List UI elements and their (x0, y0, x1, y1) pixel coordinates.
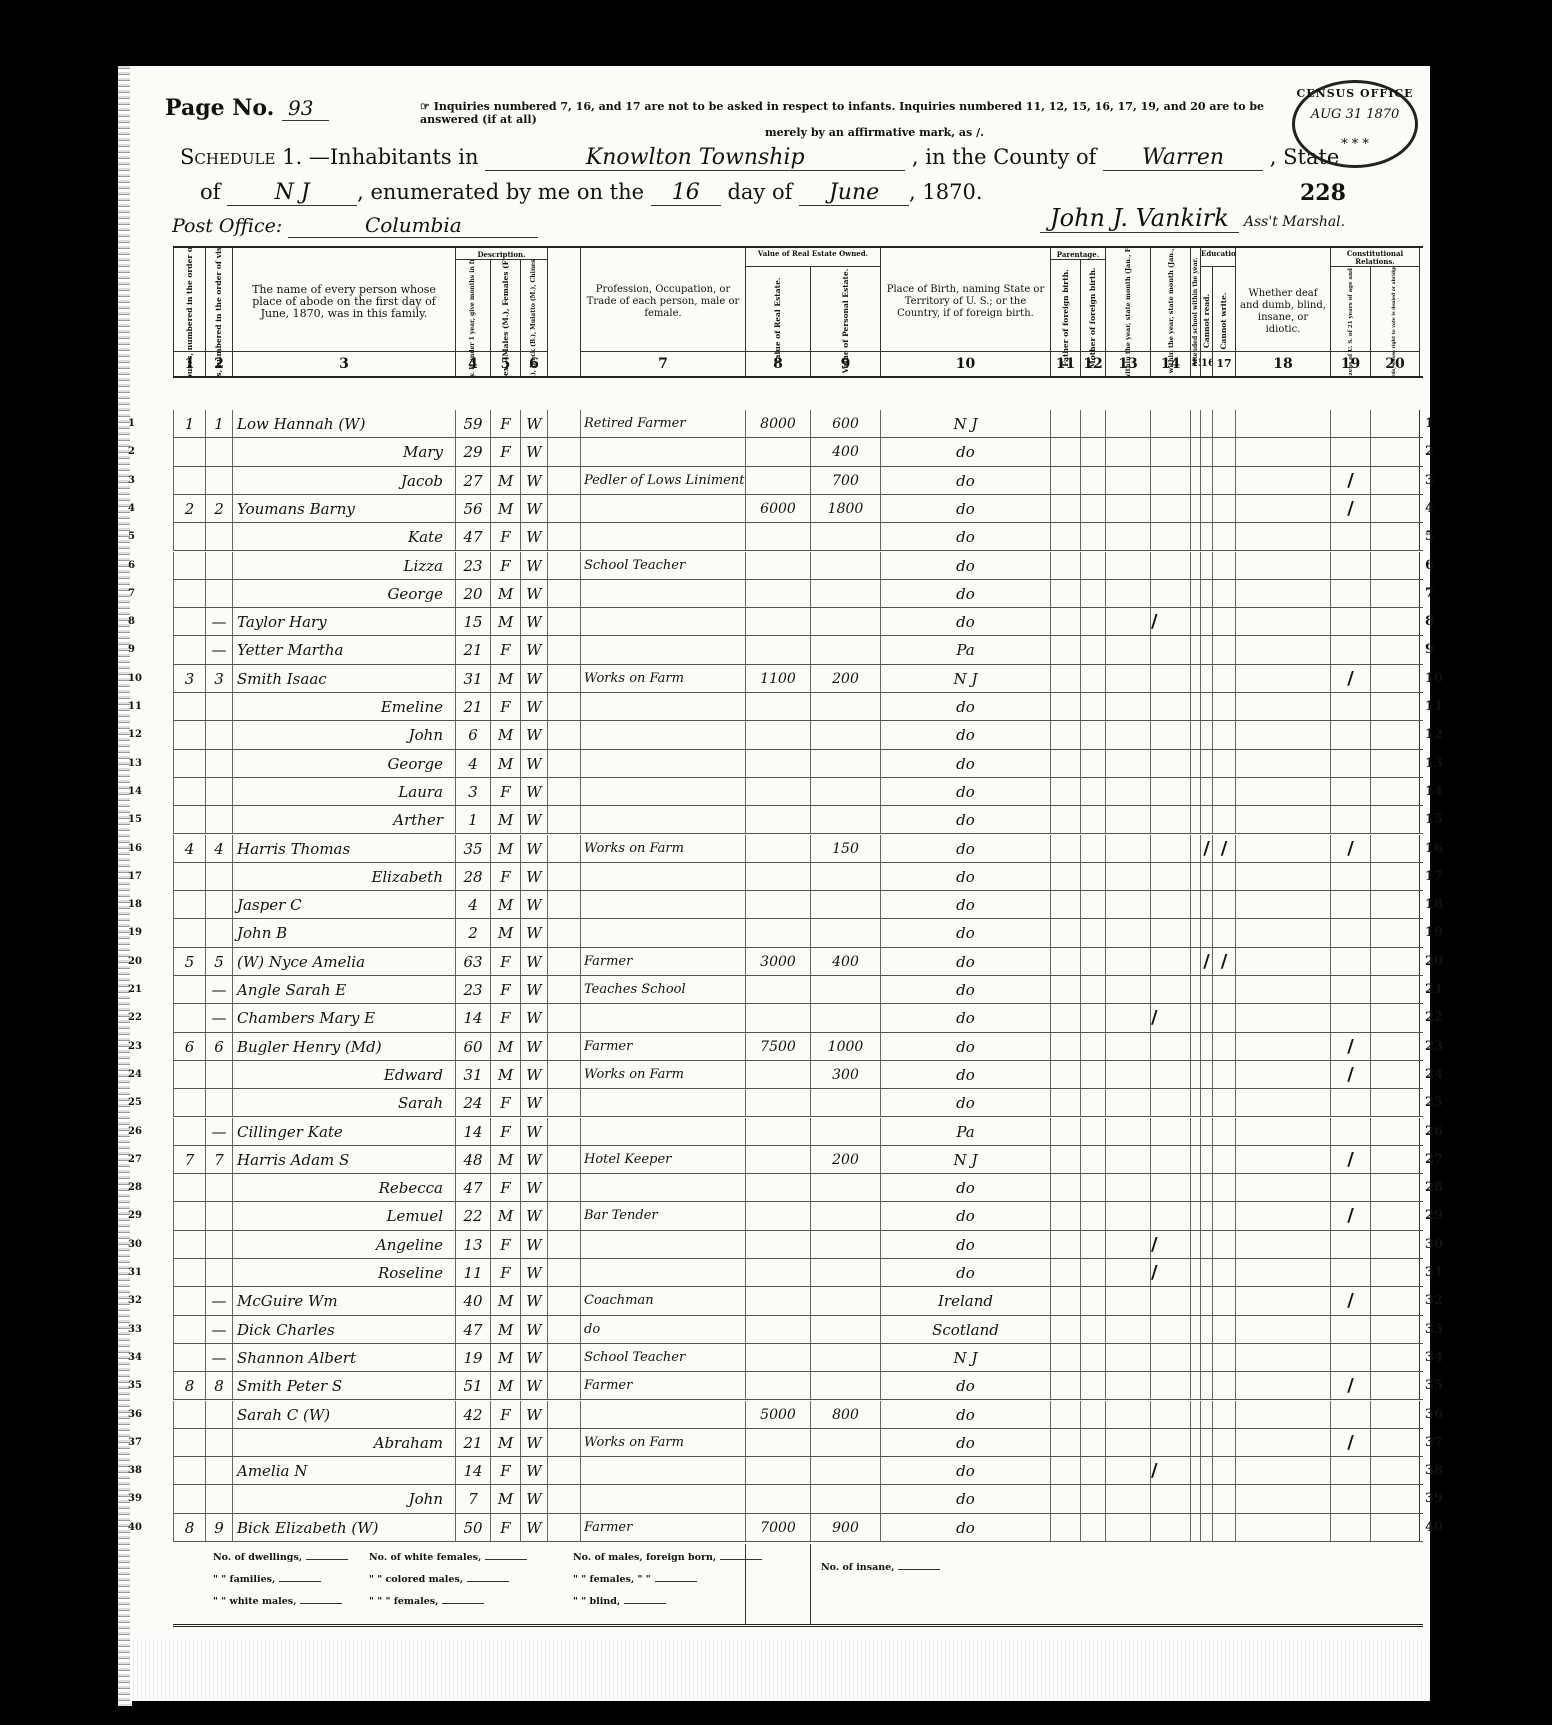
cannot-write (1212, 1287, 1235, 1314)
col-number: 8 (746, 351, 810, 376)
cannot-write (1212, 1061, 1235, 1088)
dwelling-number (173, 976, 205, 1003)
left-line-number: 24 (128, 1061, 142, 1089)
occupation (580, 721, 745, 748)
col-number: 3 (233, 351, 455, 376)
personal-estate-value (810, 693, 880, 720)
deaf-blind-insane (1235, 1429, 1330, 1456)
married-within-year (1150, 1146, 1190, 1173)
right-line-number: 20 (1425, 948, 1443, 976)
attended-school (1190, 948, 1200, 975)
occupation (580, 693, 745, 720)
right-line-number: 4 (1425, 495, 1434, 523)
color: W (520, 891, 547, 918)
attended-school (1190, 495, 1200, 522)
birthplace: do (880, 523, 1050, 550)
male-citizen-21 (1330, 580, 1370, 607)
table-row: 36 Sarah C (W) 42 F W 5000 800 do 36 (173, 1401, 1423, 1429)
person-name: Rebecca (232, 1174, 455, 1201)
sex: M (490, 1061, 520, 1088)
birthplace: do (880, 1174, 1050, 1201)
personal-estate-value (810, 1202, 880, 1229)
right-line-number: 2 (1425, 438, 1434, 466)
right-line-number: 35 (1425, 1372, 1443, 1400)
group-label: Parentage. (1051, 250, 1105, 260)
father-foreign (1050, 863, 1080, 890)
spacer-cell (547, 1146, 580, 1173)
spacer-cell (547, 891, 580, 918)
male-citizen-21 (1330, 948, 1370, 975)
cannot-read: / (1200, 948, 1212, 975)
col-label: Cannot read. (1203, 294, 1211, 348)
color: W (520, 1033, 547, 1060)
color: W (520, 1401, 547, 1428)
vote-denied (1370, 552, 1420, 579)
male-citizen-21 (1330, 1316, 1370, 1343)
right-line-number: 13 (1425, 750, 1443, 778)
attended-school (1190, 523, 1200, 550)
deaf-blind-insane (1235, 750, 1330, 777)
cannot-read (1200, 1231, 1212, 1258)
family-number (205, 1174, 232, 1201)
sex: M (490, 750, 520, 777)
color: W (520, 750, 547, 777)
mother-foreign (1080, 778, 1105, 805)
attended-school (1190, 806, 1200, 833)
divider (810, 1544, 811, 1624)
birthplace: do (880, 778, 1050, 805)
dwelling-number: 2 (173, 495, 205, 522)
cannot-write (1212, 410, 1235, 437)
right-line-number: 22 (1425, 1004, 1443, 1032)
cannot-write: / (1212, 835, 1235, 862)
attended-school (1190, 665, 1200, 692)
mother-foreign (1080, 467, 1105, 494)
col-header-16: Cannot read.16 (1200, 266, 1212, 376)
month-field: June (799, 180, 909, 206)
occupation: Hotel Keeper (580, 1146, 745, 1173)
birthplace: do (880, 1372, 1050, 1399)
father-foreign (1050, 523, 1080, 550)
right-line-number: 9 (1425, 636, 1434, 664)
color: W (520, 693, 547, 720)
mother-foreign (1080, 1372, 1105, 1399)
birthplace: do (880, 750, 1050, 777)
summary-white-males: " " white males, (213, 1596, 342, 1607)
summary-label: " " colored males, (369, 1574, 463, 1585)
vote-denied (1370, 891, 1420, 918)
real-estate-value (745, 1089, 810, 1116)
cannot-read (1200, 1061, 1212, 1088)
deaf-blind-insane (1235, 636, 1330, 663)
cannot-read (1200, 1202, 1212, 1229)
deaf-blind-insane (1235, 523, 1330, 550)
family-number (205, 891, 232, 918)
vote-denied (1370, 1174, 1420, 1201)
deaf-blind-insane (1235, 778, 1330, 805)
birthplace: do (880, 1004, 1050, 1031)
married-within-year (1150, 1429, 1190, 1456)
vote-denied (1370, 665, 1420, 692)
birthplace: do (880, 552, 1050, 579)
left-line-number: 38 (128, 1457, 142, 1485)
dwelling-number: 8 (173, 1372, 205, 1399)
spacer-cell (547, 1259, 580, 1286)
dwelling-number (173, 750, 205, 777)
family-number (205, 1401, 232, 1428)
person-name: Dick Charles (232, 1316, 455, 1343)
sex: F (490, 1401, 520, 1428)
person-name: George (232, 750, 455, 777)
color: W (520, 1231, 547, 1258)
dwelling-number: 5 (173, 948, 205, 975)
age: 4 (455, 750, 490, 777)
right-line-number: 37 (1425, 1429, 1443, 1457)
right-line-number: 26 (1425, 1118, 1443, 1146)
married-within-year (1150, 1033, 1190, 1060)
male-citizen-21 (1330, 750, 1370, 777)
cannot-write (1212, 1372, 1235, 1399)
enumeration-line: of N J, enumerated by me on the 16 day o… (200, 180, 983, 206)
birthplace: do (880, 1401, 1050, 1428)
cannot-read (1200, 552, 1212, 579)
personal-estate-value: 1000 (810, 1033, 880, 1060)
family-number: 2 (205, 495, 232, 522)
family-number: — (205, 1344, 232, 1371)
real-estate-value (745, 750, 810, 777)
born-within-year (1105, 1033, 1150, 1060)
summary-label: No. of males, foreign born, (573, 1552, 716, 1563)
attended-school (1190, 1118, 1200, 1145)
male-citizen-21 (1330, 608, 1370, 635)
table-row: 16 4 4 Harris Thomas 35 M W Works on Far… (173, 835, 1423, 863)
mother-foreign (1080, 665, 1105, 692)
cannot-read (1200, 1146, 1212, 1173)
cannot-read (1200, 1316, 1212, 1343)
age: 23 (455, 552, 490, 579)
sex: M (490, 608, 520, 635)
birthplace: do (880, 891, 1050, 918)
vote-denied (1370, 1004, 1420, 1031)
dwelling-number (173, 1429, 205, 1456)
birthplace: Pa (880, 1118, 1050, 1145)
birthplace: do (880, 1514, 1050, 1541)
right-line-number: 10 (1425, 665, 1443, 693)
real-estate-value (745, 1344, 810, 1371)
right-line-number: 33 (1425, 1316, 1443, 1344)
family-number (205, 1485, 232, 1512)
page-summary: No. of dwellings, " " families, " " whit… (173, 1544, 1423, 1627)
cannot-read (1200, 1033, 1212, 1060)
left-line-number: 39 (128, 1485, 142, 1513)
born-within-year (1105, 636, 1150, 663)
father-foreign (1050, 467, 1080, 494)
person-name: Sarah (232, 1089, 455, 1116)
male-citizen-21 (1330, 1004, 1370, 1031)
father-foreign (1050, 1033, 1080, 1060)
color: W (520, 552, 547, 579)
born-within-year (1105, 552, 1150, 579)
family-number (205, 778, 232, 805)
color: W (520, 863, 547, 890)
left-line-number: 13 (128, 750, 142, 778)
male-citizen-21: / (1330, 467, 1370, 494)
personal-estate-value: 400 (810, 438, 880, 465)
cannot-read (1200, 919, 1212, 946)
birthplace: do (880, 1061, 1050, 1088)
father-foreign (1050, 778, 1080, 805)
family-number: 3 (205, 665, 232, 692)
sex: F (490, 1457, 520, 1484)
cannot-write: / (1212, 948, 1235, 975)
deaf-blind-insane (1235, 467, 1330, 494)
color: W (520, 665, 547, 692)
color: W (520, 1146, 547, 1173)
personal-estate-value (810, 750, 880, 777)
father-foreign (1050, 1401, 1080, 1428)
dwelling-number: 1 (173, 410, 205, 437)
sex: M (490, 495, 520, 522)
person-name: Emeline (232, 693, 455, 720)
married-within-year (1150, 778, 1190, 805)
real-estate-value: 7000 (745, 1514, 810, 1541)
cannot-write (1212, 1316, 1235, 1343)
spacer-cell (547, 410, 580, 437)
cannot-write (1212, 580, 1235, 607)
born-within-year (1105, 1118, 1150, 1145)
vote-denied (1370, 608, 1420, 635)
dwelling-number (173, 778, 205, 805)
cannot-read (1200, 1089, 1212, 1116)
real-estate-value (745, 467, 810, 494)
cannot-read (1200, 693, 1212, 720)
summary-colored-males: " " colored males, (369, 1574, 509, 1585)
sheet-number: 228 (1300, 180, 1346, 206)
dwelling-number: 4 (173, 835, 205, 862)
col-number: 18 (1236, 351, 1330, 376)
deaf-blind-insane (1235, 580, 1330, 607)
occupation (580, 1485, 745, 1512)
color: W (520, 1316, 547, 1343)
col-number: 15 (1191, 351, 1200, 376)
married-within-year (1150, 1485, 1190, 1512)
cannot-write (1212, 778, 1235, 805)
person-name: Kate (232, 523, 455, 550)
color: W (520, 1372, 547, 1399)
left-line-number: 12 (128, 721, 142, 749)
occupation: Farmer (580, 1514, 745, 1541)
born-within-year (1105, 693, 1150, 720)
vote-denied (1370, 976, 1420, 1003)
occupation: Farmer (580, 948, 745, 975)
born-within-year (1105, 1089, 1150, 1116)
cannot-read (1200, 1118, 1212, 1145)
born-within-year (1105, 1231, 1150, 1258)
right-line-number: 3 (1425, 467, 1434, 495)
male-citizen-21: / (1330, 1287, 1370, 1314)
summary-label: No. of insane, (821, 1562, 894, 1573)
attended-school (1190, 1259, 1200, 1286)
table-row: 17 Elizabeth 28 F W do 17 (173, 863, 1423, 891)
birthplace: do (880, 580, 1050, 607)
right-line-number: 40 (1425, 1514, 1443, 1542)
color: W (520, 523, 547, 550)
personal-estate-value (810, 1429, 880, 1456)
table-row: 9 — Yetter Martha 21 F W Pa 9 (173, 636, 1423, 664)
person-name: Yetter Martha (232, 636, 455, 663)
deaf-blind-insane (1235, 495, 1330, 522)
male-citizen-21 (1330, 1259, 1370, 1286)
mother-foreign (1080, 1202, 1105, 1229)
table-row: 19 John B 2 M W do 19 (173, 919, 1423, 947)
attended-school (1190, 1174, 1200, 1201)
post-office-line: Post Office: Columbia (172, 213, 538, 238)
personal-estate-value (810, 1316, 880, 1343)
color: W (520, 1004, 547, 1031)
group-label: Education. (1201, 250, 1235, 267)
deaf-blind-insane (1235, 1202, 1330, 1229)
sex: F (490, 693, 520, 720)
summary-insane: No. of insane, (821, 1562, 940, 1573)
right-line-number: 23 (1425, 1033, 1443, 1061)
born-within-year (1105, 580, 1150, 607)
family-number (205, 580, 232, 607)
right-line-number: 15 (1425, 806, 1443, 834)
sex: F (490, 1514, 520, 1541)
dwelling-number (173, 467, 205, 494)
right-line-number: 16 (1425, 835, 1443, 863)
cannot-write (1212, 1146, 1235, 1173)
occupation (580, 1118, 745, 1145)
dwelling-number (173, 919, 205, 946)
birthplace: do (880, 608, 1050, 635)
age: 27 (455, 467, 490, 494)
person-name: Edward (232, 1061, 455, 1088)
spacer-cell (547, 523, 580, 550)
occupation (580, 1231, 745, 1258)
table-row: 31 Roseline 11 F W do / 31 (173, 1259, 1423, 1287)
mother-foreign (1080, 608, 1105, 635)
attended-school (1190, 835, 1200, 862)
vote-denied (1370, 636, 1420, 663)
spacer-cell (547, 1118, 580, 1145)
person-name: (W) Nyce Amelia (232, 948, 455, 975)
real-estate-value (745, 1146, 810, 1173)
table-row: 34 — Shannon Albert 19 M W School Teache… (173, 1344, 1423, 1372)
mother-foreign (1080, 1457, 1105, 1484)
occupation: Coachman (580, 1287, 745, 1314)
attended-school (1190, 467, 1200, 494)
cannot-read: / (1200, 835, 1212, 862)
male-citizen-21 (1330, 1089, 1370, 1116)
birthplace: N J (880, 1146, 1050, 1173)
occupation (580, 1174, 745, 1201)
of-label: of (200, 180, 220, 204)
real-estate-value (745, 1316, 810, 1343)
family-number: 9 (205, 1514, 232, 1541)
spacer-cell (547, 750, 580, 777)
cannot-read (1200, 1457, 1212, 1484)
deaf-blind-insane (1235, 693, 1330, 720)
personal-estate-value (810, 608, 880, 635)
color: W (520, 636, 547, 663)
married-within-year (1150, 410, 1190, 437)
schedule-line: Schedule 1. —Inhabitants in Knowlton Tow… (180, 145, 1339, 171)
right-line-number: 18 (1425, 891, 1443, 919)
dwelling-number (173, 1202, 205, 1229)
family-number: — (205, 636, 232, 663)
sex: M (490, 1287, 520, 1314)
left-line-number: 36 (128, 1401, 142, 1429)
group-label: Constitutional Relations. (1331, 250, 1419, 267)
person-name: Angeline (232, 1231, 455, 1258)
age: 23 (455, 976, 490, 1003)
cannot-write (1212, 1033, 1235, 1060)
dwelling-number (173, 636, 205, 663)
born-within-year (1105, 750, 1150, 777)
sex: F (490, 636, 520, 663)
occupation (580, 778, 745, 805)
table-row: 37 Abraham 21 M W Works on Farm do / 37 (173, 1429, 1423, 1457)
family-number (205, 721, 232, 748)
married-within-year (1150, 1202, 1190, 1229)
summary-foreign-females: " " females, " " (573, 1574, 697, 1585)
spacer-cell (547, 636, 580, 663)
male-citizen-21 (1330, 976, 1370, 1003)
cannot-write (1212, 976, 1235, 1003)
left-line-number: 33 (128, 1316, 142, 1344)
mother-foreign (1080, 806, 1105, 833)
dwelling-number (173, 580, 205, 607)
birthplace: do (880, 806, 1050, 833)
sex: F (490, 410, 520, 437)
father-foreign (1050, 1287, 1080, 1314)
sex: M (490, 1429, 520, 1456)
cannot-read (1200, 806, 1212, 833)
right-line-number: 24 (1425, 1061, 1443, 1089)
mother-foreign (1080, 495, 1105, 522)
deaf-blind-insane (1235, 1457, 1330, 1484)
color: W (520, 438, 547, 465)
attended-school (1190, 1316, 1200, 1343)
col-number: 11 (1051, 351, 1080, 376)
sex: F (490, 778, 520, 805)
married-within-year: / (1150, 1004, 1190, 1031)
col-number: 19 (1331, 351, 1370, 376)
summary-foreign-males: No. of males, foreign born, (573, 1552, 762, 1563)
sex: F (490, 863, 520, 890)
spacer-cell (547, 1514, 580, 1541)
family-number (205, 863, 232, 890)
male-citizen-21 (1330, 552, 1370, 579)
page-number-line: Page No. 93 (165, 95, 329, 121)
cannot-write (1212, 1259, 1235, 1286)
personal-estate-value (810, 1259, 880, 1286)
dwelling-number: 7 (173, 1146, 205, 1173)
mother-foreign (1080, 1231, 1105, 1258)
vote-denied (1370, 948, 1420, 975)
birthplace: do (880, 1033, 1050, 1060)
real-estate-value (745, 835, 810, 862)
dwelling-number (173, 1061, 205, 1088)
family-number (205, 467, 232, 494)
attended-school (1190, 1061, 1200, 1088)
spacer-cell (547, 1372, 580, 1399)
spacer-cell (547, 467, 580, 494)
married-within-year (1150, 1118, 1190, 1145)
vote-denied (1370, 721, 1420, 748)
personal-estate-value (810, 891, 880, 918)
